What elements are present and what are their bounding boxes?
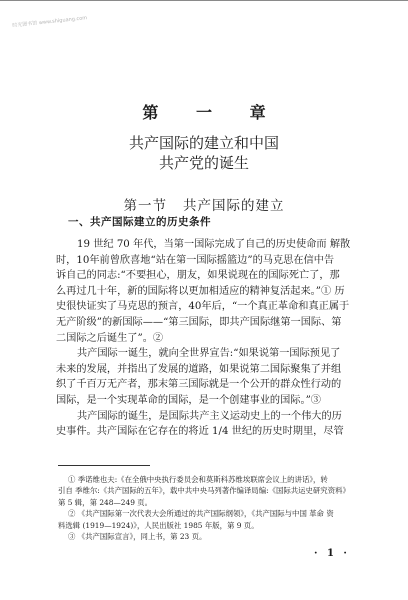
chapter-title-line-1: 共产国际的建立和中国 [0,133,408,153]
footnote-1-line: 第 5 辑，第 248—249 页。 [58,497,366,508]
body-line: 织了千百万无产者，那末第三国际就是一个公开的群众性行动的 [56,377,366,393]
footnote-3-line: ③ 《共产国际宣言》，同上书，第 23 页。 [58,531,366,542]
body-line: 诉自己的同志:“不要担心，朋友，如果说现在的国际死亡了，那 [56,268,366,284]
body-line: 共产国际一诞生，就向全世界宣告:“如果说第一国际预见了 [56,346,366,362]
section-number: 第一节 [124,198,168,214]
body-line: 史事件。共产国际在它存在的将近 1/4 世纪的历史时期里，尽管 [56,424,366,440]
body-line: 未来的发展，并指出了发展的道路，如果说第二国际聚集了并组 [56,362,366,378]
body-line: 么再过几十年，新的国际将以更加相适应的精神复活起来。”① 历 [56,284,366,300]
footnotes: ① 季诺维也夫:《在全俄中央执行委员会和莫斯科苏维埃联席会议上的讲话》，转 引自… [58,474,366,542]
footnote-2-line: 料选辑 (1919—1924)》，人民出版社 1985 年版，第 9 页。 [58,520,366,531]
body-line: 国际，是一个实现革命的国际，是一个创建事业的国际。”③ [56,393,366,409]
footnote-divider [58,465,150,466]
footnote-1-line: 引自 季维尔:《共产国际的五年》，载中共中央马列著作编译局编:《国际共运史研究资… [58,485,366,496]
subsection-title: 一、共产国际建立的历史条件 [68,214,211,229]
body-line: 二国际之后诞生了”。② [56,331,366,347]
top-border [0,0,408,1]
body-line: 时，10年前曾欣喜地“站在第一国际摇篮边”的马克思在信中告 [56,253,366,269]
footnote-2-line: ② 《共产国际第一次代表大会所通过的共产国际纲领》，《共产国际与中国 革命 资 [58,508,366,519]
section-title-text: 共产国际的建立 [183,198,285,214]
body-line: 史很快证实了马克思的预言，40年后，“一个真正革命和真正属于 [56,299,366,315]
page-number: · 1 · [314,548,350,559]
body-text: 19 世纪 70 年代，当第一国际完成了自己的历史使命而 解散 时，10年前曾欣… [56,237,366,440]
section-title: 第一节共产国际的建立 [0,194,408,214]
body-line: 共产国际的诞生，是国际共产主义运动史上的一个伟大的历 [56,409,366,425]
body-line: 19 世纪 70 年代，当第一国际完成了自己的历史使命而 解散 [56,237,366,253]
chapter-label: 第 一 章 [0,100,408,123]
chapter-title: 共产国际的建立和中国 共产党的诞生 [0,133,408,173]
body-line: 无产阶级”的新国际——“第三国际，即共产国际继第一国际、第 [56,315,366,331]
footnote-1-line: ① 季诺维也夫:《在全俄中央执行委员会和莫斯科苏维埃联席会议上的讲话》，转 [58,474,366,485]
chapter-title-line-2: 共产党的诞生 [0,153,408,173]
watermark: 时光图书馆 www.shiguang.com [12,14,87,29]
